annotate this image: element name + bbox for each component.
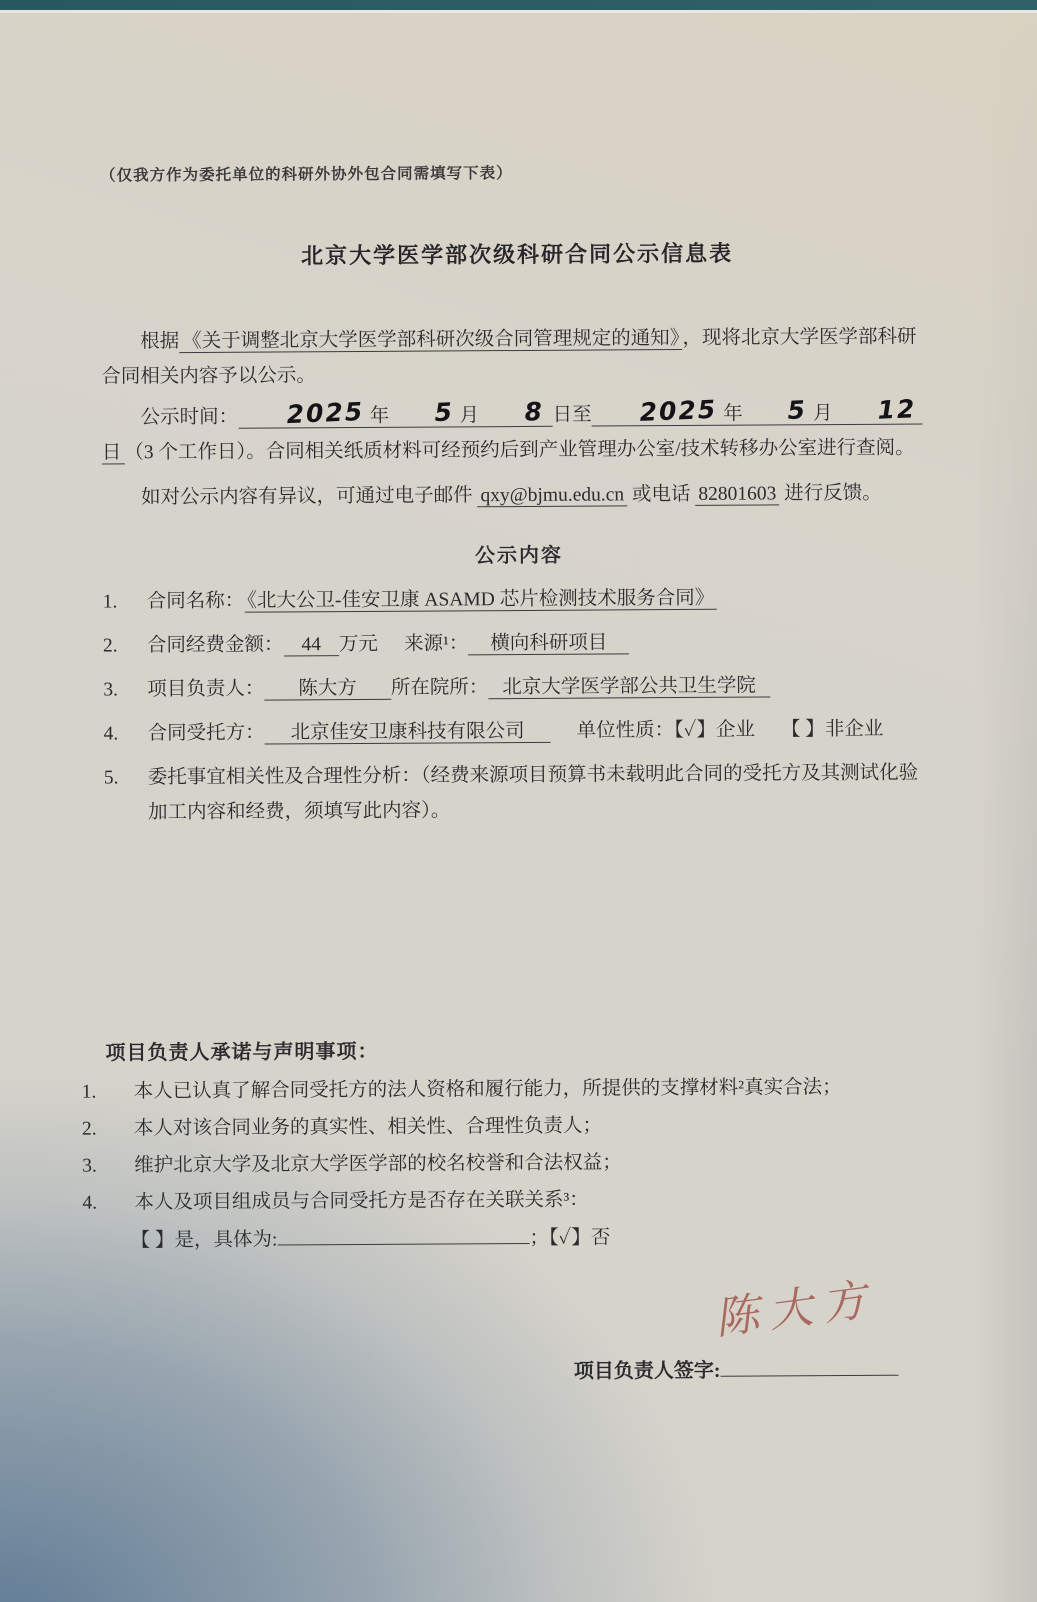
- feedback-phone: 82801603: [695, 483, 779, 506]
- end-day-handwritten: 12: [832, 394, 923, 428]
- declaration-section: 项目负责人承诺与声明事项： 1. 本人已认真了解合同受托方的法人资格和履行能力，…: [105, 1031, 939, 1259]
- intro-paragraph: 根据《关于调整北京大学医学部科研次级合同管理规定的通知》，现将北京大学医学部科研…: [101, 319, 934, 394]
- feedback-email: qxy@bjmu.edu.cn: [477, 484, 627, 507]
- list-item-project-leader: 3. 项目负责人：陈大方所在院所：北京大学医学部公共卫生学院: [103, 667, 936, 707]
- declaration-text-2: 本人对该合同业务的真实性、相关性、合理性负责人；: [134, 1107, 939, 1146]
- feedback-prefix: 如对公示内容有异议，可通过电子邮件: [141, 485, 478, 508]
- period-start-date: 2025年5月8: [238, 405, 553, 429]
- list-item-contract-amount: 2. 合同经费金额：44万元来源¹：横向科研项目: [103, 623, 936, 663]
- month-unit: 月: [460, 405, 480, 426]
- source-label: 来源¹：: [404, 633, 468, 654]
- month-unit-2: 月: [813, 403, 833, 424]
- analysis-text: 委托事宜相关性及合理性分析：（经费来源项目预算书未载明此合同的受托方及其测试化验…: [148, 755, 937, 830]
- contract-name-value: 《北大公卫-佳安卫康 ASAMD 芯片检测技术服务合同》: [244, 588, 717, 613]
- feedback-suffix: 进行反馈。: [779, 483, 882, 505]
- relation-separator: ；: [529, 1228, 549, 1249]
- item-number: 5.: [104, 760, 148, 830]
- form-title: 北京大学医学部次级科研合同公示信息表: [101, 234, 934, 274]
- signature-line: [720, 1355, 898, 1377]
- feedback-paragraph: 如对公示内容有异议，可通过电子邮件 qxy@bjmu.edu.cn 或电话 82…: [102, 475, 935, 515]
- start-day-handwritten: 8: [479, 397, 551, 430]
- item-number: 1.: [103, 584, 147, 619]
- day-unit-2: 日: [102, 442, 122, 463]
- photo-of-document: （仅我方作为委托单位的科研外协外包合同需填写下表） 北京大学医学部次级科研合同公…: [0, 0, 1037, 1602]
- period-label: 公示时间：: [141, 407, 239, 429]
- declaration-item-4: 4. 本人及项目组成员与合同受托方是否存在关联关系³：: [78, 1181, 939, 1220]
- item-number: 3.: [103, 672, 147, 707]
- relation-detail-blank: [277, 1223, 529, 1246]
- item-number: 1.: [78, 1075, 134, 1109]
- start-year-handwritten: 2025: [241, 397, 371, 432]
- signature-handwriting: 陈大方: [717, 1281, 882, 1338]
- end-month-handwritten: 5: [742, 395, 814, 428]
- feedback-mid: 或电话: [627, 484, 695, 505]
- end-year-handwritten: 2025: [594, 395, 724, 430]
- signature-row: 陈大方 项目负责人签字:: [107, 1352, 940, 1392]
- day-to-unit: 日至: [553, 405, 592, 426]
- amount-label: 合同经费金额：: [147, 634, 284, 656]
- intro-regulation-underlined: 《关于调整北京大学医学部科研次级合同管理规定的通知》: [179, 328, 682, 353]
- amount-unit: 万元: [339, 634, 378, 655]
- nature-label: 单位性质：: [577, 720, 675, 742]
- period-suffix: （3 个工作日）。合同相关纸质材料可经预约后到产业管理办公室/技术转移办公室进行…: [124, 438, 914, 464]
- contract-name-label: 合同名称：: [147, 591, 245, 613]
- start-month-handwritten: 5: [389, 397, 461, 430]
- list-item-contractor: 4. 合同受托方：北京佳安卫康科技有限公司单位性质：【✓】企业【 】非企业: [103, 711, 936, 751]
- list-item-contract-name: 1. 合同名称：《北大公卫-佳安卫康 ASAMD 芯片检测技术服务合同》: [103, 579, 936, 619]
- year-unit: 年: [370, 406, 390, 427]
- checkbox-no-checked: 【✓】否: [549, 1227, 610, 1248]
- item-number: 3.: [78, 1149, 134, 1183]
- signature-label: 项目负责人签字:: [574, 1360, 721, 1383]
- declaration-text-4: 本人及项目组成员与合同受托方是否存在关联关系³：: [134, 1181, 939, 1220]
- content-section-header: 公示内容: [102, 536, 935, 576]
- declaration-item-3: 3. 维护北京大学及北京大学医学部的校名校誉和合法权益；: [78, 1144, 939, 1183]
- dept-label: 所在院所：: [391, 677, 489, 699]
- declaration-item-2: 2. 本人对该合同业务的真实性、相关性、合理性负责人；: [78, 1107, 939, 1146]
- content-list: 1. 合同名称：《北大公卫-佳安卫康 ASAMD 芯片检测技术服务合同》 2. …: [103, 579, 937, 830]
- publicity-period-paragraph: 公示时间：2025年5月8日至2025年5月12日（3 个工作日）。合同相关纸质…: [102, 395, 935, 470]
- leader-label: 项目负责人：: [147, 679, 264, 701]
- item-number: 4.: [78, 1186, 134, 1220]
- dept-value: 北京大学医学部公共卫生学院: [488, 675, 770, 699]
- contractor-value: 北京佳安卫康科技有限公司: [265, 721, 551, 745]
- item-number: 2.: [78, 1112, 134, 1146]
- contractor-label: 合同受托方：: [147, 723, 264, 745]
- checkbox-non-enterprise-unchecked: 【 】非企业: [781, 719, 884, 741]
- source-value: 横向科研项目: [468, 632, 629, 655]
- relation-answer-row: 【 】是，具体为:；【✓】否: [131, 1218, 940, 1259]
- declaration-header: 项目负责人承诺与声明事项：: [105, 1031, 938, 1071]
- amount-value: 44: [283, 634, 339, 656]
- checkbox-enterprise-checked: 【✓】企业: [674, 720, 755, 741]
- declaration-item-1: 1. 本人已认真了解合同受托方的法人资格和履行能力，所提供的支撑材料²真实合法；: [78, 1070, 939, 1109]
- declaration-text-1: 本人已认真了解合同受托方的法人资格和履行能力，所提供的支撑材料²真实合法；: [134, 1070, 939, 1109]
- declaration-list: 1. 本人已认真了解合同受托方的法人资格和履行能力，所提供的支撑材料²真实合法；…: [78, 1070, 940, 1220]
- top-note: （仅我方作为委托单位的科研外协外包合同需填写下表）: [100, 153, 933, 193]
- item-number: 2.: [103, 628, 147, 663]
- list-item-analysis: 5. 委托事宜相关性及合理性分析：（经费来源项目预算书未载明此合同的受托方及其测…: [104, 755, 937, 830]
- item-number: 4.: [103, 716, 147, 751]
- checkbox-yes-unchecked: 【 】是，具体为:: [131, 1229, 278, 1251]
- intro-prefix: 根据: [140, 331, 179, 352]
- year-unit-2: 年: [723, 404, 743, 425]
- declaration-text-3: 维护北京大学及北京大学医学部的校名校誉和合法权益；: [134, 1144, 939, 1183]
- leader-value: 陈大方: [264, 678, 391, 701]
- form-content: （仅我方作为委托单位的科研外协外包合同需填写下表） 北京大学医学部次级科研合同公…: [99, 7, 942, 1602]
